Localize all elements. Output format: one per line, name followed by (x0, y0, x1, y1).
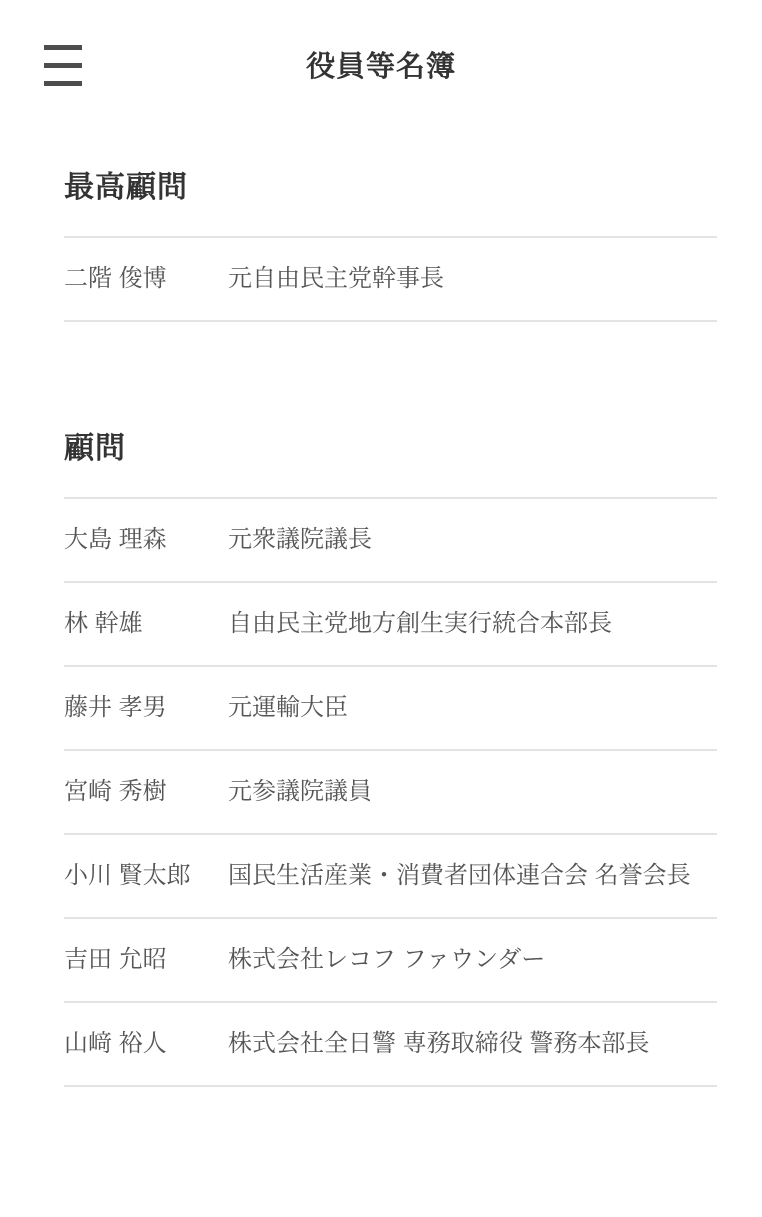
member-name: 藤井 孝男 (64, 676, 228, 740)
member-row: 宮崎 秀樹 元参議院議員 (64, 751, 717, 835)
section-heading-advisors: 顧問 (64, 431, 717, 467)
member-name: 宮崎 秀樹 (64, 760, 228, 824)
page-title: 役員等名簿 (0, 48, 762, 86)
member-title: 元参議院議員 (228, 760, 717, 824)
member-title: 株式会社全日警 専務取締役 警務本部長 (228, 1012, 717, 1076)
member-name: 山﨑 裕人 (64, 1012, 228, 1076)
section-heading-supreme-advisor: 最高顧問 (64, 170, 717, 206)
member-title: 元運輸大臣 (228, 676, 717, 740)
member-row: 林 幹雄 自由民主党地方創生実行統合本部長 (64, 583, 717, 667)
member-name: 林 幹雄 (64, 592, 228, 656)
header: 役員等名簿 (0, 0, 762, 135)
member-table: 二階 俊博 元自由民主党幹事長 (64, 236, 717, 322)
section-advisors: 顧問 大島 理森 元衆議院議長 林 幹雄 自由民主党地方創生実行統合本部長 藤井… (64, 431, 717, 1087)
member-row: 藤井 孝男 元運輸大臣 (64, 667, 717, 751)
member-row: 二階 俊博 元自由民主党幹事長 (64, 238, 717, 322)
member-table: 大島 理森 元衆議院議長 林 幹雄 自由民主党地方創生実行統合本部長 藤井 孝男… (64, 497, 717, 1087)
member-name: 二階 俊博 (64, 247, 228, 311)
member-title: 自由民主党地方創生実行統合本部長 (228, 592, 717, 656)
member-name: 吉田 允昭 (64, 928, 228, 992)
member-title: 元衆議院議長 (228, 508, 717, 572)
member-row: 山﨑 裕人 株式会社全日警 専務取締役 警務本部長 (64, 1003, 717, 1087)
member-row: 小川 賢太郎 国民生活産業・消費者団体連合会 名誉会長 (64, 835, 717, 919)
member-name: 小川 賢太郎 (64, 844, 228, 908)
main-content: 最高顧問 二階 俊博 元自由民主党幹事長 顧問 大島 理森 元衆議院議長 林 幹… (0, 170, 762, 1173)
section-supreme-advisor: 最高顧問 二階 俊博 元自由民主党幹事長 (64, 170, 717, 322)
member-row: 吉田 允昭 株式会社レコフ ファウンダー (64, 919, 717, 1003)
member-row: 大島 理森 元衆議院議長 (64, 499, 717, 583)
officer-roster-page: 役員等名簿 最高顧問 二階 俊博 元自由民主党幹事長 顧問 大島 理森 元衆議院… (0, 0, 762, 1217)
member-title: 元自由民主党幹事長 (228, 247, 717, 311)
member-title: 国民生活産業・消費者団体連合会 名誉会長 (228, 844, 717, 908)
member-name: 大島 理森 (64, 508, 228, 572)
member-title: 株式会社レコフ ファウンダー (228, 928, 717, 992)
